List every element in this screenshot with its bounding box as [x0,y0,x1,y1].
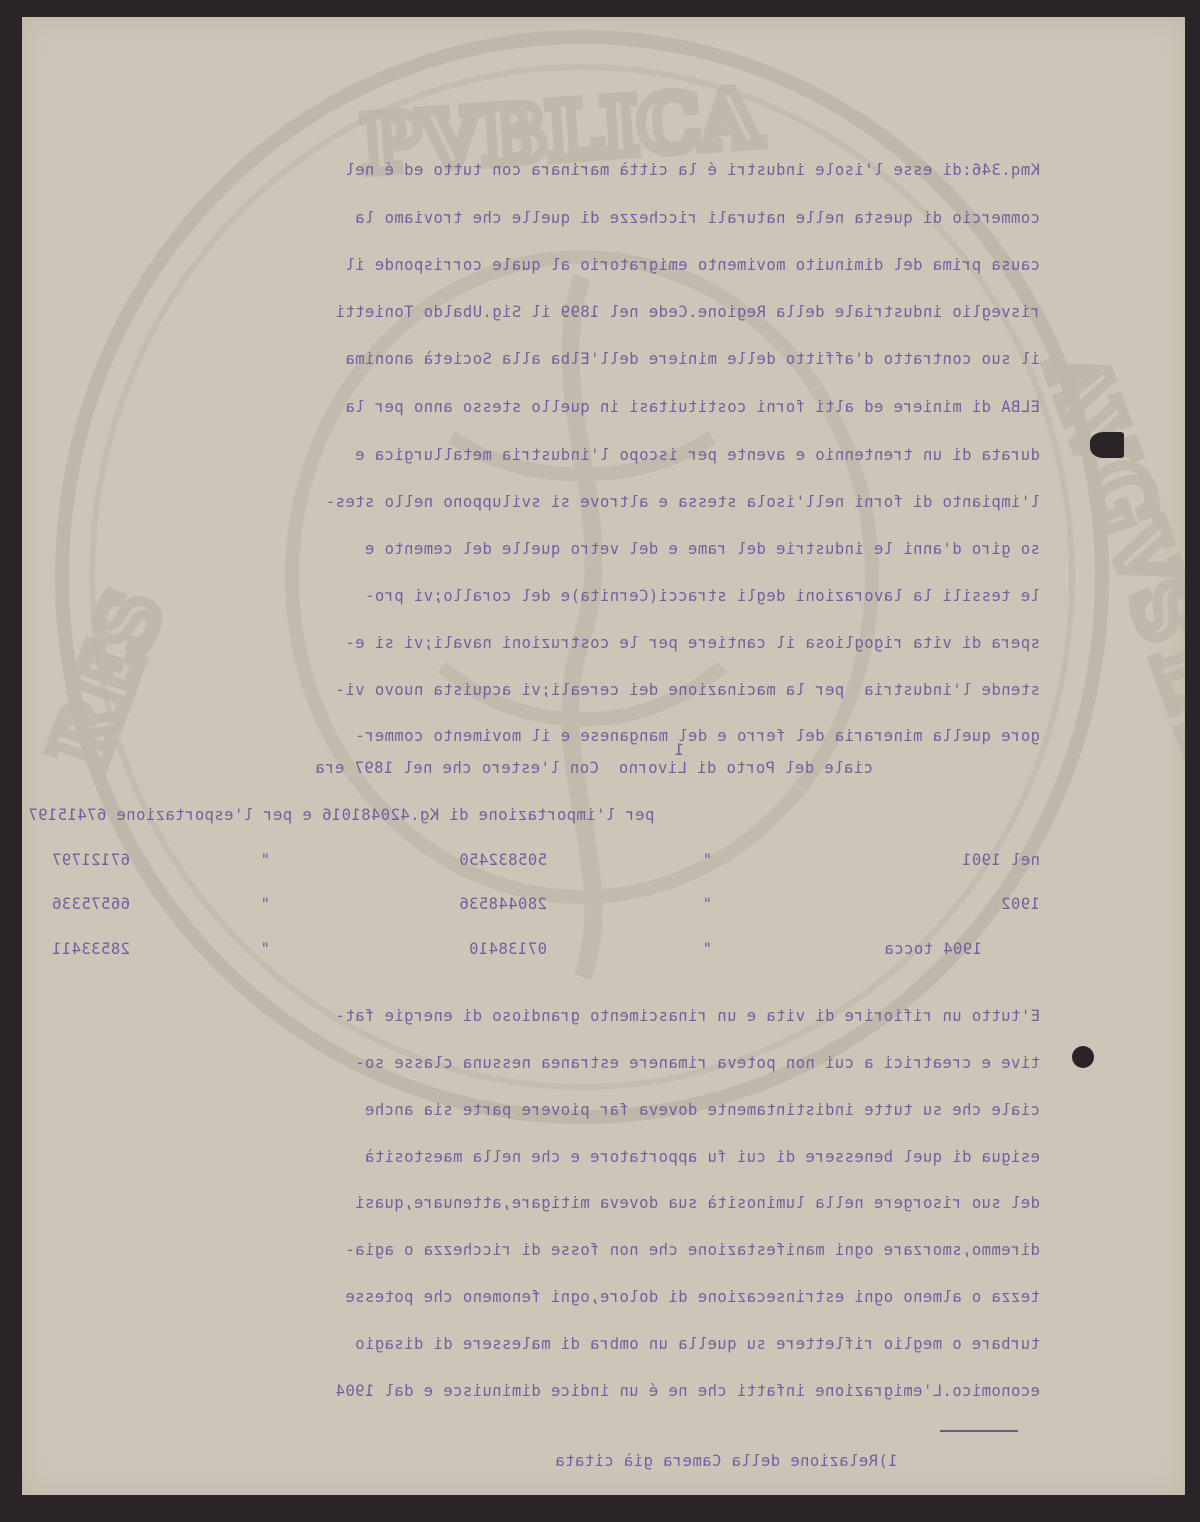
footnote-text: 1)Relazione della Camera già citata [555,1452,1035,1470]
text-line: economico.L'emigrazione infatti che ne é… [80,1382,1040,1400]
trade-export: 28533411 [30,940,130,958]
trade-export: 67121797 [30,851,130,869]
trade-export: 66575336 [30,895,130,913]
text-line: tive e creatrici a cui non poteva rimane… [80,1054,1040,1072]
trade-year: 1904 tocca [862,940,982,958]
trade-import: 07138410 [427,940,547,958]
text-line: so giro d'anni le industrie del rame e d… [80,540,1040,558]
trade-year: 1902 [980,895,1040,913]
text-line: diremmo,smorzare ogni manifestazione che… [80,1241,1040,1259]
text-line: ciale che su tutte indistintamente dovev… [80,1101,1040,1119]
footnote-rule [940,1430,1018,1432]
text-line: tezza o almeno ogni estrinsecazione di d… [80,1288,1040,1306]
trade-year: nel 1901 [930,851,1040,869]
text-line: Kmq.346:di esse l'isole industri é la ci… [80,161,1040,179]
text-line: E'tutto un rifiorire di vita e un rinasc… [80,1007,1040,1025]
ditto-mark: " [700,851,712,869]
ditto-mark: " [258,851,270,869]
text-line: esigua di quel benessere di cui fu appor… [80,1148,1040,1166]
trade-import: 505832450 [427,851,547,869]
text-line: le tessili la lavorazioni degli stracci(… [80,587,1040,605]
text-line: risveglio industriale della Regione.Cede… [80,303,1040,321]
binding-hole [1072,1046,1094,1068]
text-line: il suo contratto d'affitto delle miniere… [80,350,1040,368]
text-line: del suo risorgere nella luminosità sua d… [80,1194,1040,1212]
text-line: durata di un trentennio e avente per isc… [80,446,1040,464]
ditto-mark: " [258,940,270,958]
text-line: stende l'industria per la macinazione de… [80,681,1040,699]
ditto-mark: " [258,895,270,913]
trade-import: 280448536 [427,895,547,913]
text-line: causa prima del diminuito movimento emig… [80,256,1040,274]
text-line: spera di vita rigogliosa il cantiere per… [80,634,1040,652]
text-line: commercio di questa nelle naturali ricch… [80,209,1040,227]
text-line: ELBA di miniere ed alti forni costituita… [80,398,1040,416]
mirrored-text-layer: Kmq.346:di esse l'isole industri é la ci… [0,0,1200,1522]
footnote-marker: 1 [672,741,684,759]
ditto-mark: " [700,895,712,913]
text-line: gore quella mineraria del ferro e del ma… [80,727,1040,745]
text-line: ciale del Porto di Livorno Con l'estero … [315,759,1040,777]
text-line: turbare o meglio riflettere su quella un… [80,1335,1040,1353]
binding-hole [1090,432,1124,458]
text-line: l'impianto di forni nell'isola stessa e … [80,493,1040,511]
ditto-mark: " [700,940,712,958]
trade-intro: per l'importazione di Kg.420481016 e per… [28,806,890,824]
